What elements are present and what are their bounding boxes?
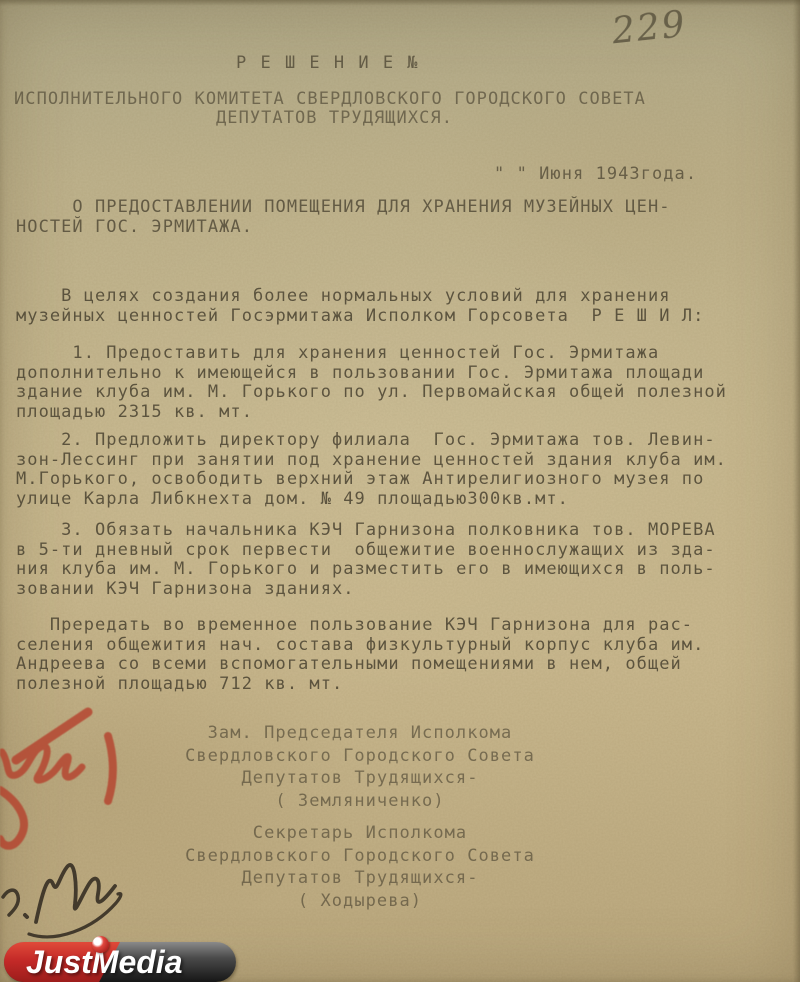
text-line: в 5-ти дневный срок первести общежитие в… xyxy=(16,541,716,561)
signature-block-deputy-chairman: Зам. Председателя ИсполкомаСвердловского… xyxy=(140,722,580,812)
text-line: ( Ходырева) xyxy=(140,890,580,913)
text-line: Депутатов Трудящихся- xyxy=(140,767,580,790)
preamble-paragraph: В целях создания более нормальных услови… xyxy=(16,287,704,326)
text-line: площадью 2315 кв. мт. xyxy=(16,403,727,423)
text-line: О ПРЕДОСТАВЛЕНИИ ПОМЕЩЕНИЯ ДЛЯ ХРАНЕНИЯ … xyxy=(16,198,671,218)
text-line: Прередать во временное пользование КЭЧ Г… xyxy=(16,616,704,636)
text-line: Андреева со всеми вспомогательными помещ… xyxy=(16,655,704,675)
issuing-organization-line2: ДЕПУТАТОВ ТРУДЯЩИХСЯ. xyxy=(216,109,453,129)
resolution-point-2: 2. Предложить директору филиала Гос. Эрм… xyxy=(16,431,727,509)
document-date: " " Июня 1943года. xyxy=(494,165,697,185)
text-line: дополнительно к имеющейся в пользовании … xyxy=(16,364,727,384)
text-line: улице Карла Либкнехта дом. № 49 площадью… xyxy=(16,490,727,510)
text-line: Депутатов Трудящихся- xyxy=(140,867,580,890)
resolution-point-3: 3. Обязать начальника КЭЧ Гарнизона полк… xyxy=(16,521,716,599)
text-line: зовании КЭЧ Гарнизона зданиях. xyxy=(16,580,716,600)
text-line: Зам. Председателя Исполкома xyxy=(140,722,580,745)
resolution-point-1: 1. Предоставить для хранения ценностей Г… xyxy=(16,344,727,422)
signature-block-secretary: Секретарь ИсполкомаСвердловского Городск… xyxy=(140,822,580,912)
text-line: музейных ценностей Госэрмитажа Исполком … xyxy=(16,307,704,327)
handwritten-page-number: 229 xyxy=(610,4,689,53)
watermark-text: JustMedia xyxy=(4,942,236,982)
text-line: ния клуба им. М. Горького и разместить е… xyxy=(16,560,716,580)
scanned-document-page: 229 Р Е Ш Е Н И Е № ИСПОЛНИТЕЛЬНОГО КОМИ… xyxy=(0,0,800,982)
resolution-point-4: Прередать во временное пользование КЭЧ Г… xyxy=(16,616,704,694)
text-line: здание клуба им. М. Горького по ул. Перв… xyxy=(16,383,727,403)
justmedia-dot-icon xyxy=(92,936,109,953)
watermark-text-just: Just xyxy=(26,944,92,981)
document-subject: О ПРЕДОСТАВЛЕНИИ ПОМЕЩЕНИЯ ДЛЯ ХРАНЕНИЯ … xyxy=(16,198,671,237)
text-line: Свердловского Городского Совета xyxy=(140,845,580,868)
text-line: полезной площадью 712 кв. мт. xyxy=(16,675,704,695)
document-title: Р Е Ш Е Н И Е № xyxy=(236,54,420,74)
text-line: В целях создания более нормальных услови… xyxy=(16,287,704,307)
issuing-organization-line1: ИСПОЛНИТЕЛЬНОГО КОМИТЕТА СВЕРДЛОВСКОГО Г… xyxy=(14,90,646,110)
text-line: 2. Предложить директору филиала Гос. Эрм… xyxy=(16,431,727,451)
text-line: М.Горького, освободить верхний этаж Анти… xyxy=(16,470,727,490)
text-line: 3. Обязать начальника КЭЧ Гарнизона полк… xyxy=(16,521,716,541)
text-line: Секретарь Исполкома xyxy=(140,822,580,845)
justmedia-watermark: JustMedia xyxy=(4,936,240,982)
scan-edge-shadow-right xyxy=(793,0,800,982)
text-line: НОСТЕЙ ГОС. ЭРМИТАЖА. xyxy=(16,218,671,238)
text-line: селения общежития нач. состава физкульту… xyxy=(16,636,704,656)
text-line: 1. Предоставить для хранения ценностей Г… xyxy=(16,344,727,364)
text-line: зон-Лессинг при занятии под хранение цен… xyxy=(16,451,727,471)
text-line: ( Земляниченко) xyxy=(140,790,580,813)
text-line: Свердловского Городского Совета xyxy=(140,745,580,768)
